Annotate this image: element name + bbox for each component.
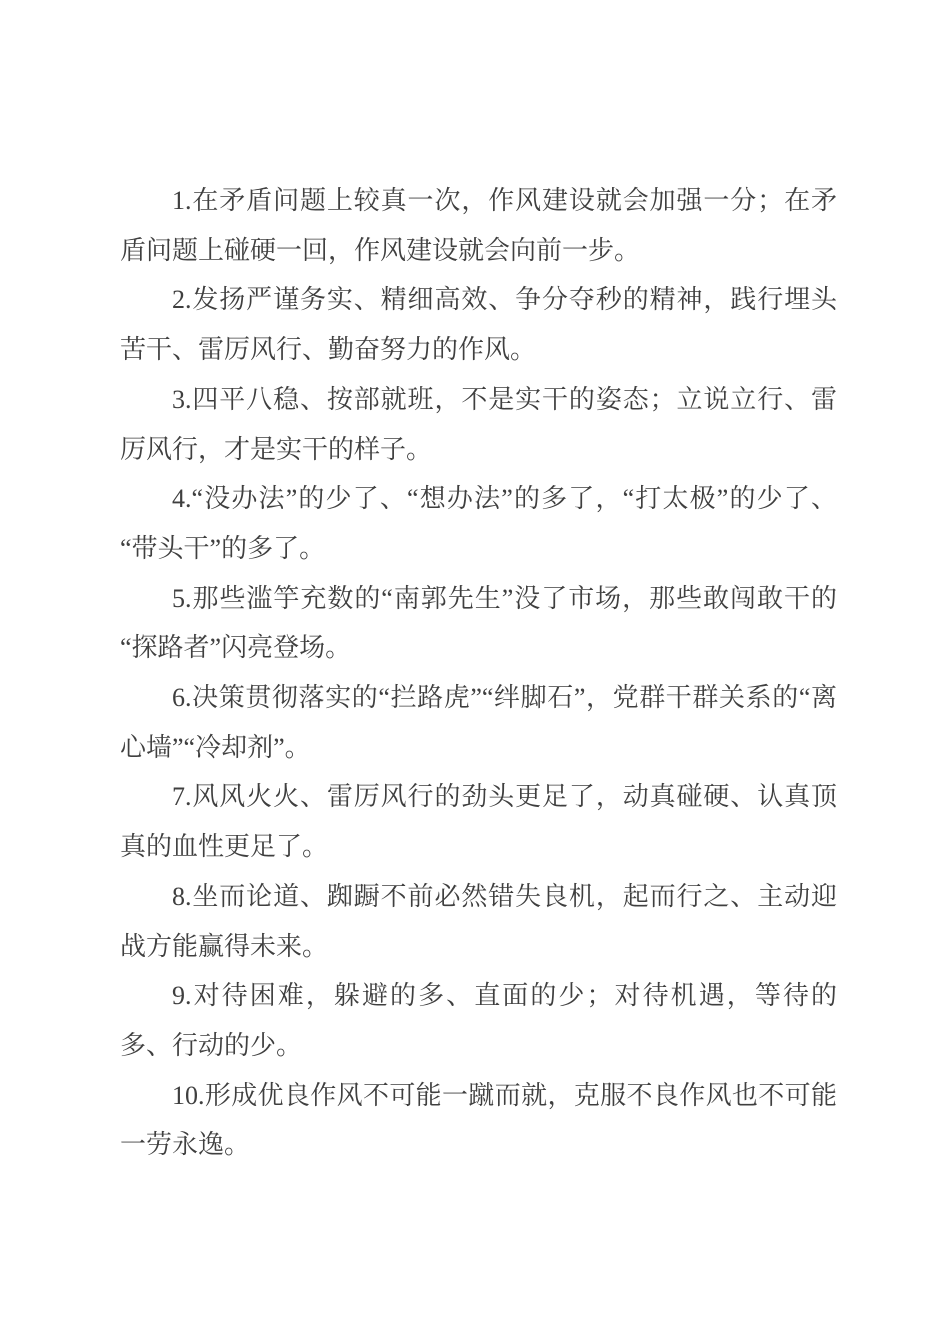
list-item-8: 8.坐而论道、踟蹰不前必然错失良机，起而行之、主动迎战方能赢得未来。 [120,872,837,971]
list-item-7: 7.风风火火、雷厉风行的劲头更足了，动真碰硬、认真顶真的血性更足了。 [120,772,837,871]
list-item-4: 4.“没办法”的少了、“想办法”的多了，“打太极”的少了、“带头干”的多了。 [120,474,837,573]
list-item-5: 5.那些滥竽充数的“南郭先生”没了市场，那些敢闯敢干的“探路者”闪亮登场。 [120,574,837,673]
list-item-3: 3.四平八稳、按部就班，不是实干的姿态；立说立行、雷厉风行，才是实干的样子。 [120,375,837,474]
list-item-1: 1.在矛盾问题上较真一次，作风建设就会加强一分；在矛盾问题上碰硬一回，作风建设就… [120,176,837,275]
list-item-10: 10.形成优良作风不可能一蹴而就，克服不良作风也不可能一劳永逸。 [120,1071,837,1170]
list-item-6: 6.决策贯彻落实的“拦路虎”“绊脚石”，党群干群关系的“离心墙”“冷却剂”。 [120,673,837,772]
list-item-9: 9.对待困难，躲避的多、直面的少；对待机遇，等待的多、行动的少。 [120,971,837,1070]
document-body: 1.在矛盾问题上较真一次，作风建设就会加强一分；在矛盾问题上碰硬一回，作风建设就… [120,176,837,1170]
document-page: 1.在矛盾问题上较真一次，作风建设就会加强一分；在矛盾问题上碰硬一回，作风建设就… [0,0,950,1344]
list-item-2: 2.发扬严谨务实、精细高效、争分夺秒的精神，践行埋头苦干、雷厉风行、勤奋努力的作… [120,275,837,374]
